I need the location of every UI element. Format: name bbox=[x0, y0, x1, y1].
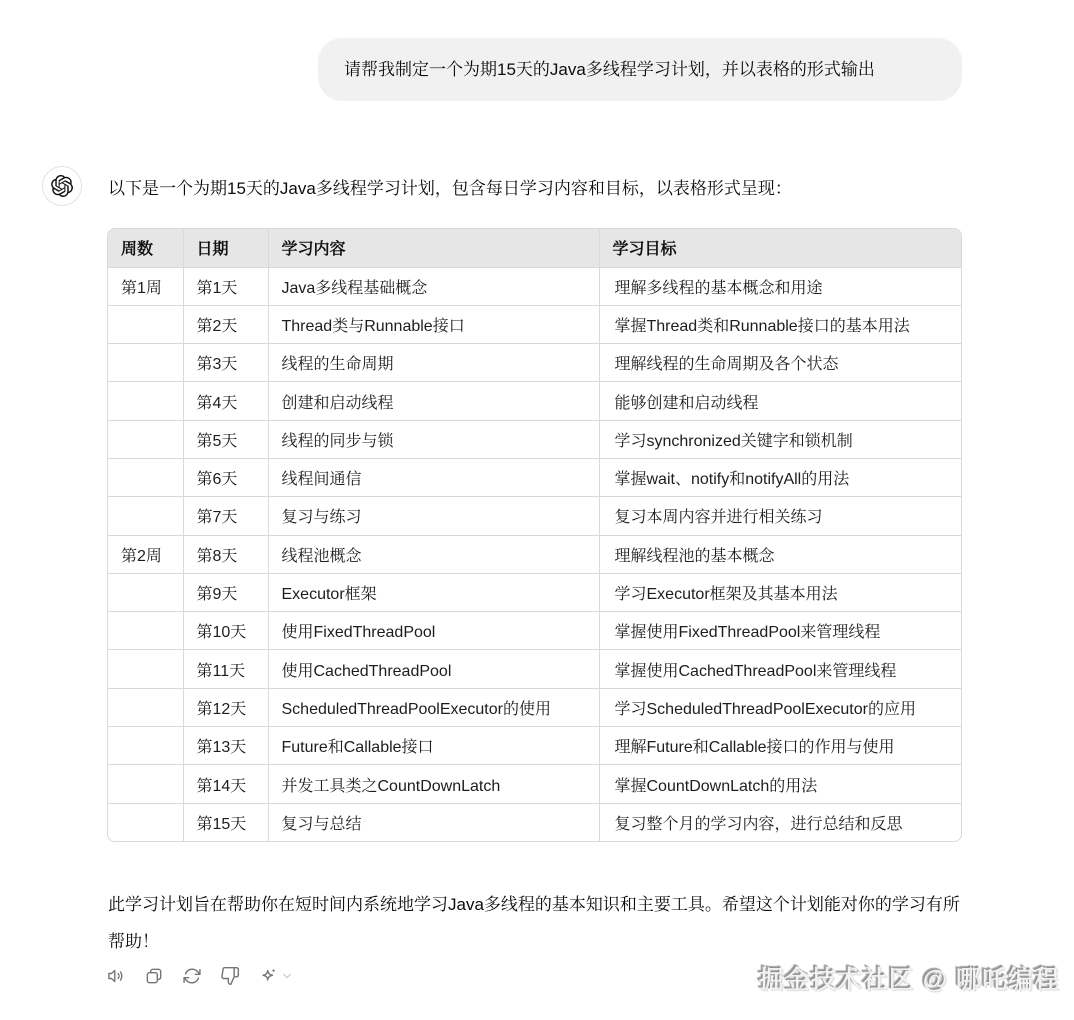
table-cell: 线程的同步与锁 bbox=[268, 420, 599, 458]
table-cell: 使用CachedThreadPool bbox=[268, 650, 599, 688]
table-cell: 学习Executor框架及其基本用法 bbox=[599, 573, 961, 611]
table-cell: 第11天 bbox=[183, 650, 268, 688]
table-cell: 复习本周内容并进行相关练习 bbox=[599, 497, 961, 535]
table-cell: 理解线程池的基本概念 bbox=[599, 535, 961, 573]
openai-logo-icon bbox=[51, 175, 73, 197]
assistant-outro-text: 此学习计划旨在帮助你在短时间内系统地学习Java多线程的基本知识和主要工具。希望… bbox=[108, 886, 970, 960]
table-cell: ScheduledThreadPoolExecutor的使用 bbox=[268, 688, 599, 726]
table-cell bbox=[108, 650, 183, 688]
regenerate-button[interactable] bbox=[180, 962, 204, 990]
table-cell bbox=[108, 305, 183, 343]
table-cell bbox=[108, 497, 183, 535]
table-cell: 掌握使用FixedThreadPool来管理线程 bbox=[599, 612, 961, 650]
table-row: 第10天使用FixedThreadPool掌握使用FixedThreadPool… bbox=[108, 612, 961, 650]
table-cell bbox=[108, 420, 183, 458]
table-cell: 第2周 bbox=[108, 535, 183, 573]
table-cell: 并发工具类之CountDownLatch bbox=[268, 765, 599, 803]
table-cell: 理解线程的生命周期及各个状态 bbox=[599, 344, 961, 382]
table-cell: 第8天 bbox=[183, 535, 268, 573]
table-row: 第15天复习与总结复习整个月的学习内容，进行总结和反思 bbox=[108, 803, 961, 841]
table-cell: 线程间通信 bbox=[268, 458, 599, 496]
table-row: 第1周第1天Java多线程基础概念理解多线程的基本概念和用途 bbox=[108, 267, 961, 305]
table-cell bbox=[108, 803, 183, 841]
table-cell: Future和Callable接口 bbox=[268, 727, 599, 765]
assistant-avatar bbox=[42, 166, 82, 206]
table-row: 第4天创建和启动线程能够创建和启动线程 bbox=[108, 382, 961, 420]
chevron-down-icon bbox=[280, 969, 294, 983]
table-cell: 第1周 bbox=[108, 267, 183, 305]
table-cell: 掌握wait、notify和notifyAll的用法 bbox=[599, 458, 961, 496]
table-row: 第3天线程的生命周期理解线程的生命周期及各个状态 bbox=[108, 344, 961, 382]
watermark-text: 掘金技术社区 @ 哪吒编程 bbox=[759, 960, 1060, 996]
table-cell: 第3天 bbox=[183, 344, 268, 382]
bad-response-button[interactable] bbox=[218, 962, 242, 990]
table-row: 第11天使用CachedThreadPool掌握使用CachedThreadPo… bbox=[108, 650, 961, 688]
table-header-row: 周数 日期 学习内容 学习目标 bbox=[108, 229, 961, 267]
table-row: 第5天线程的同步与锁学习synchronized关键字和锁机制 bbox=[108, 420, 961, 458]
table-cell: 第2天 bbox=[183, 305, 268, 343]
table-cell: 第7天 bbox=[183, 497, 268, 535]
table-row: 第12天ScheduledThreadPoolExecutor的使用学习Sche… bbox=[108, 688, 961, 726]
table-cell: 线程的生命周期 bbox=[268, 344, 599, 382]
table-cell: 能够创建和启动线程 bbox=[599, 382, 961, 420]
table-cell: 复习与总结 bbox=[268, 803, 599, 841]
table-cell: 使用FixedThreadPool bbox=[268, 612, 599, 650]
column-header-week: 周数 bbox=[108, 229, 183, 267]
table-cell: 第12天 bbox=[183, 688, 268, 726]
table-cell: 第9天 bbox=[183, 573, 268, 611]
table-row: 第9天Executor框架学习Executor框架及其基本用法 bbox=[108, 573, 961, 611]
table-cell: 第6天 bbox=[183, 458, 268, 496]
speaker-icon bbox=[106, 966, 126, 986]
table-cell bbox=[108, 612, 183, 650]
table-cell: 复习与练习 bbox=[268, 497, 599, 535]
table-cell: 第5天 bbox=[183, 420, 268, 458]
table-cell: 第1天 bbox=[183, 267, 268, 305]
thumbs-down-icon bbox=[220, 966, 240, 986]
table-cell: Thread类与Runnable接口 bbox=[268, 305, 599, 343]
table-cell: 掌握CountDownLatch的用法 bbox=[599, 765, 961, 803]
table-cell: 第14天 bbox=[183, 765, 268, 803]
table-row: 第2周第8天线程池概念理解线程池的基本概念 bbox=[108, 535, 961, 573]
table-cell: 第10天 bbox=[183, 612, 268, 650]
table-cell: 掌握Thread类和Runnable接口的基本用法 bbox=[599, 305, 961, 343]
table-cell bbox=[108, 344, 183, 382]
table-cell: 理解Future和Callable接口的作用与使用 bbox=[599, 727, 961, 765]
table-row: 第6天线程间通信掌握wait、notify和notifyAll的用法 bbox=[108, 458, 961, 496]
sparkle-icon bbox=[259, 966, 279, 986]
table-body: 第1周第1天Java多线程基础概念理解多线程的基本概念和用途第2天Thread类… bbox=[108, 267, 961, 841]
table-cell: 第15天 bbox=[183, 803, 268, 841]
refresh-icon bbox=[182, 966, 202, 986]
column-header-content: 学习内容 bbox=[268, 229, 599, 267]
read-aloud-button[interactable] bbox=[104, 962, 128, 990]
table-cell bbox=[108, 573, 183, 611]
table-cell: 学习synchronized关键字和锁机制 bbox=[599, 420, 961, 458]
column-header-goal: 学习目标 bbox=[599, 229, 961, 267]
assistant-intro-text: 以下是一个为期15天的Java多线程学习计划，包含每日学习内容和目标，以表格形式… bbox=[108, 176, 988, 202]
table-cell: 理解多线程的基本概念和用途 bbox=[599, 267, 961, 305]
user-message-text: 请帮我制定一个为期15天的Java多线程学习计划，并以表格的形式输出 bbox=[344, 60, 875, 79]
table-cell bbox=[108, 688, 183, 726]
table-cell bbox=[108, 458, 183, 496]
table-cell bbox=[108, 382, 183, 420]
switch-model-button[interactable] bbox=[256, 962, 296, 990]
table-cell: 第4天 bbox=[183, 382, 268, 420]
table-row: 第2天Thread类与Runnable接口掌握Thread类和Runnable接… bbox=[108, 305, 961, 343]
table-cell bbox=[108, 765, 183, 803]
copy-icon bbox=[144, 966, 164, 986]
table-cell: 掌握使用CachedThreadPool来管理线程 bbox=[599, 650, 961, 688]
table-cell: Java多线程基础概念 bbox=[268, 267, 599, 305]
column-header-day: 日期 bbox=[183, 229, 268, 267]
message-actions bbox=[104, 962, 296, 990]
table-cell: 学习ScheduledThreadPoolExecutor的应用 bbox=[599, 688, 961, 726]
table-row: 第14天并发工具类之CountDownLatch掌握CountDownLatch… bbox=[108, 765, 961, 803]
table-row: 第7天复习与练习复习本周内容并进行相关练习 bbox=[108, 497, 961, 535]
table-row: 第13天Future和Callable接口理解Future和Callable接口… bbox=[108, 727, 961, 765]
table-cell: 复习整个月的学习内容，进行总结和反思 bbox=[599, 803, 961, 841]
copy-button[interactable] bbox=[142, 962, 166, 990]
learning-plan-table: 周数 日期 学习内容 学习目标 第1周第1天Java多线程基础概念理解多线程的基… bbox=[107, 228, 962, 842]
user-message-bubble: 请帮我制定一个为期15天的Java多线程学习计划，并以表格的形式输出 bbox=[318, 38, 962, 101]
chat-page: 请帮我制定一个为期15天的Java多线程学习计划，并以表格的形式输出 以下是一个… bbox=[0, 0, 1074, 1020]
table-cell bbox=[108, 727, 183, 765]
table-cell: Executor框架 bbox=[268, 573, 599, 611]
table-cell: 创建和启动线程 bbox=[268, 382, 599, 420]
table-cell: 线程池概念 bbox=[268, 535, 599, 573]
table-cell: 第13天 bbox=[183, 727, 268, 765]
